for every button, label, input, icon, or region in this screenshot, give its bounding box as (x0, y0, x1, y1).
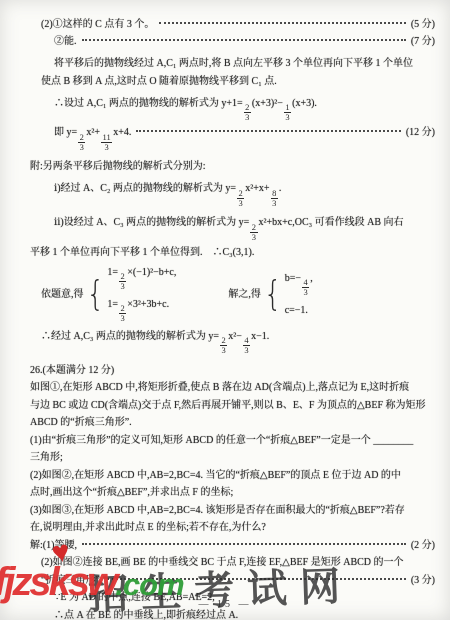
fraction: 23 (78, 133, 85, 152)
system-solutions: b=−43, c=−1. (285, 271, 313, 318)
score-label: (2 分) (411, 538, 435, 553)
problem-26-heading: 26.(本题满分 12 分) (30, 363, 435, 378)
dot-leader (82, 543, 406, 545)
equation-line: ⅱ)设经过 A、C₃ 两点的抛物线的解析式为 y=23x²+bx+c,OC₃ 可… (30, 215, 435, 242)
question-1-line: 三角形; (30, 450, 435, 465)
fraction: 23 (237, 189, 244, 208)
scanned-exam-page: (2)①这样的 C 点有 3 个。 (5 分) ②能. (7 分) 将平移后的抛… (0, 0, 450, 620)
line-text: 点时,画出这个“折痕△BEF”,并求出点 F 的坐标; (30, 485, 233, 500)
problem-statement-line: 与边 BC 或边 CD(含端点)交于点 F,然后再展开铺平,则以 B、E、F 为… (30, 398, 435, 413)
case-equation: 1=23×(−1)²−b+c, (107, 265, 176, 292)
answer-line-c-count: (2)①这样的 C 点有 3 个。 (5 分) (30, 17, 435, 32)
score-label: (5 分) (411, 17, 435, 32)
line-text: (1)由“折痕三角形”的定义可知,矩形 ABCD 的任意一个“折痕△BEF”一定… (30, 433, 413, 448)
line-text: 三角形; (30, 450, 63, 465)
line-text: ABCD 的“折痕三角形”. (30, 415, 132, 430)
line-text: 在,说明理由,并求出此时点 E 的坐标;若不存在,为什么? (30, 520, 266, 535)
line-text: 26.(本题满分 12 分) (30, 363, 114, 378)
equation-line: ⅰ)经过 A、C₂ 两点的抛物线的解析式为 y=23x²+x+83. (30, 181, 435, 208)
equation-line: ∴经过 A,C₃ 两点的抛物线的解析式为 y=23x²−43x−1. (30, 329, 435, 356)
equation-line: 即 y=23x²+113x+4. (12 分) (30, 125, 435, 152)
line-text: 将平移后的抛物线经过 A,C₁ 两点时,将 B 点向左平移 3 个单位再向下平移… (54, 56, 413, 71)
line-text: 如图①,在矩形 ABCD 中,将矩形折叠,使点 B 落在边 AD(含端点)上,落… (30, 380, 409, 395)
solution-value: b=−43, (285, 271, 313, 298)
line-text: ∴设过 A,C₁ 两点的抛物线的解析式为 y+1=23(x+3)²−13(x+3… (54, 96, 317, 123)
line-text: 即 y=23x²+113x+4. (54, 125, 131, 152)
solution-line: 解:(1)等腰, (2 分) (30, 538, 435, 553)
appendix-heading: 附:另两条平移后抛物线的解析式分别为: (30, 159, 435, 174)
answer-content: (2)①这样的 C 点有 3 个。 (5 分) ②能. (7 分) 将平移后的抛… (30, 14, 435, 620)
line-text: (3)如图③,在矩形 ABCD 中,AB=2,BC=4. 该矩形是否存在面积最大… (30, 503, 405, 518)
dot-leader (136, 130, 400, 132)
dot-leader (159, 22, 405, 24)
system-intro: 依题意,得 (41, 287, 84, 302)
question-2-line: 点时,画出这个“折痕△BEF”,并求出点 F 的坐标; (30, 485, 435, 500)
text-line: 平移 1 个单位再向下平移 1 个单位得到. ∴C₃(3,1). (30, 245, 435, 260)
question-2-line: (2)如图②,在矩形 ABCD 中,AB=2,BC=4. 当它的“折痕△BEF”… (30, 468, 435, 483)
score-label: (7 分) (411, 34, 435, 49)
fraction: 23 (244, 103, 251, 122)
question-3-line: (3)如图③,在矩形 ABCD 中,AB=2,BC=4. 该矩形是否存在面积最大… (30, 503, 435, 518)
dot-leader (82, 39, 406, 41)
text-line: 使点 B 移到 A 点,这时点 O 随着原抛物线平移到 C₁ 点. (30, 74, 435, 89)
score-label: (12 分) (406, 125, 435, 140)
question-3-line: 在,说明理由,并求出此时点 E 的坐标;若不存在,为什么? (30, 520, 435, 535)
equation-line: ∴设过 A,C₁ 两点的抛物线的解析式为 y+1=23(x+3)²−13(x+3… (30, 96, 435, 123)
watermark-site-logo: fjzsksw.com (0, 562, 184, 602)
fraction: 23 (119, 272, 126, 291)
left-brace: { (87, 268, 105, 321)
fraction: 113 (101, 133, 112, 152)
score-label: (3 分) (411, 573, 435, 588)
text-line: 将平移后的抛物线经过 A,C₁ 两点时,将 B 点向左平移 3 个单位再向下平移… (30, 56, 435, 71)
fraction: 13 (284, 103, 291, 122)
line-text: ②能. (54, 34, 77, 49)
fraction: 23 (250, 223, 257, 242)
fraction: 43 (302, 278, 309, 297)
equation-system: 依题意,得 { 1=23×(−1)²−b+c, 1=23×3²+3b+c. 解之… (30, 265, 435, 324)
problem-statement-line: 如图①,在矩形 ABCD 中,将矩形折叠,使点 B 落在边 AD(含端点)上,落… (30, 380, 435, 395)
fraction: 23 (119, 304, 126, 323)
line-text: (2)①这样的 C 点有 3 个。 (41, 17, 154, 32)
line-text: 使点 B 移到 A 点,这时点 O 随着原抛物线平移到 C₁ 点. (41, 74, 277, 89)
line-text: 附:另两条平移后抛物线的解析式分别为: (30, 159, 206, 174)
solution-value: c=−1. (285, 303, 313, 318)
question-1-line: (1)由“折痕三角形”的定义可知,矩形 ABCD 的任意一个“折痕△BEF”一定… (30, 433, 435, 448)
logo-main-text: fjzsksw (0, 560, 115, 604)
fraction: 83 (271, 189, 278, 208)
line-text: ⅱ)设经过 A、C₃ 两点的抛物线的解析式为 y=23x²+bx+c,OC₃ 可… (54, 215, 404, 242)
problem-statement-line: ABCD 的“折痕三角形”. (30, 415, 435, 430)
line-text: ∴经过 A,C₃ 两点的抛物线的解析式为 y=23x²−43x−1. (41, 329, 269, 356)
line-text: 平移 1 个单位再向下平移 1 个单位得到. ∴C₃(3,1). (30, 245, 254, 260)
logo-suffix-text: .com (115, 567, 183, 602)
answer-line-neng: ②能. (7 分) (30, 34, 435, 49)
line-text: ⅰ)经过 A、C₂ 两点的抛物线的解析式为 y=23x²+x+83. (54, 181, 281, 208)
left-brace: { (264, 268, 282, 321)
system-cases: 1=23×(−1)²−b+c, 1=23×3²+3b+c. (107, 265, 176, 324)
line-text: 与边 BC 或边 CD(含端点)交于点 F,然后再展开铺平,则以 B、E、F 为… (30, 398, 426, 413)
fraction: 43 (243, 336, 250, 355)
line-text: (2)如图②,在矩形 ABCD 中,AB=2,BC=4. 当它的“折痕△BEF”… (30, 468, 401, 483)
case-equation: 1=23×3²+3b+c. (107, 297, 176, 324)
fraction: 23 (220, 336, 227, 355)
solve-label: 解之,得 (228, 287, 261, 302)
